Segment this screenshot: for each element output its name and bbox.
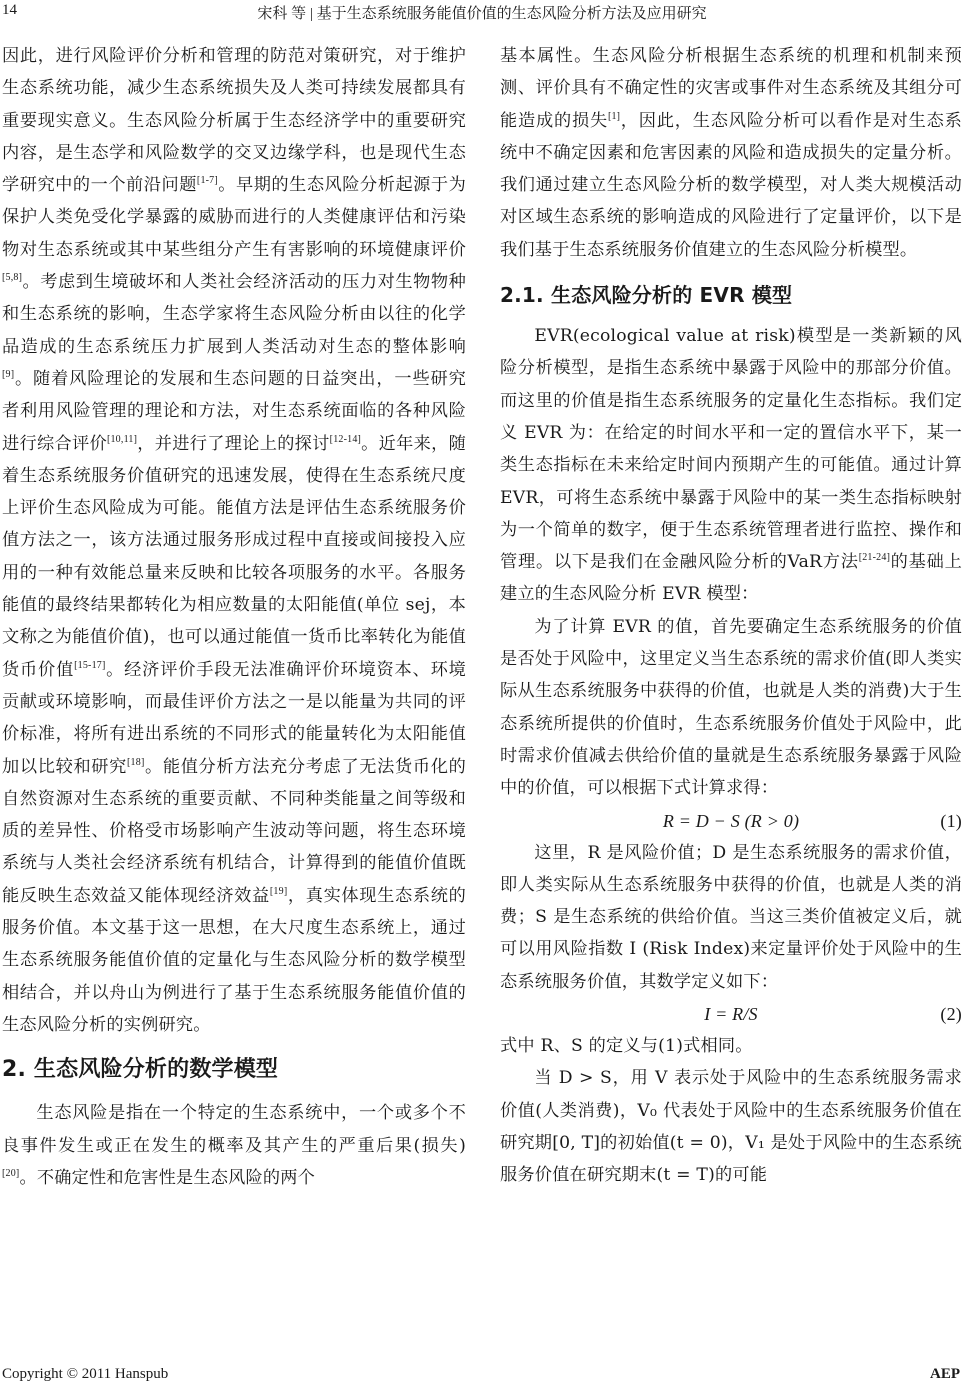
section-2-paragraph: 生态风险是指在一个特定的生态系统中，一个或多个不良事件发生或正在发生的概率及其产… <box>2 1097 466 1194</box>
citation: [9] <box>2 369 14 380</box>
citation: [19] <box>270 886 287 897</box>
text: ，真实体现生态系统的服务价值。本文基于这一思想，在大尺度生态系统上，通过生态系统… <box>2 886 466 1035</box>
page-footer: Copyright © 2011 Hanspub AEP <box>0 1366 964 1386</box>
evr-definition-paragraph: EVR(ecological value at risk)模型是一类新颖的风险分… <box>500 320 962 611</box>
text: ，并进行了理论上的探讨 <box>137 434 330 454</box>
citation: [15-17] <box>74 660 105 671</box>
text: 。近年来，随着生态系统服务价值研究的迅速发展，使得在生态系统尺度上评价生态风险成… <box>2 434 466 680</box>
intro-paragraph: 因此，进行风险评价分析和管理的防范对策研究，对于维护生态系统功能，减少生态系统损… <box>2 40 466 1041</box>
text: EVR(ecological value at risk)模型是一类新颖的风险分… <box>500 326 962 572</box>
text: 。能值分析方法充分考虑了无法货币化的自然资源对生态系统的重要贡献、不同种类能量之… <box>2 757 466 906</box>
citation: [21-24] <box>859 552 890 563</box>
text: ，因此，生态风险分析可以看作是对生态系统中不确定因素和危害因素的风险和造成损失的… <box>500 111 962 260</box>
citation: [1-7] <box>197 175 218 186</box>
continued-paragraph: 基本属性。生态风险分析根据生态系统的机理和机制来预测、评价具有不确定性的灾害或事… <box>500 40 962 266</box>
citation: [1] <box>608 111 620 122</box>
text: 因此，进行风险评价分析和管理的防范对策研究，对于维护生态系统功能，减少生态系统损… <box>2 46 466 195</box>
copyright: Copyright © 2011 Hanspub <box>2 1366 168 1383</box>
equation-2: I = R/S (2) <box>500 998 962 1030</box>
equation-number: (1) <box>940 805 962 837</box>
left-column: 因此，进行风险评价分析和管理的防范对策研究，对于维护生态系统功能，减少生态系统损… <box>2 40 466 1194</box>
citation: [20] <box>2 1168 19 1179</box>
citation: [12-14] <box>330 434 361 445</box>
text: 生态风险是指在一个特定的生态系统中，一个或多个不良事件发生或正在发生的概率及其产… <box>2 1103 466 1155</box>
citation: [18] <box>127 757 144 768</box>
equation-body: I = R/S <box>500 998 962 1030</box>
equation-body: R = D − S (R > 0) <box>500 805 962 837</box>
equation-number: (2) <box>940 998 962 1030</box>
page-header: 14 宋科 等 | 基于生态系统服务能值价值的生态风险分析方法及应用研究 <box>0 0 964 24</box>
text: 。不确定性和危害性是生态风险的两个 <box>19 1168 315 1188</box>
text: 。考虑到生境破坏和人类社会经济活动的压力对生物物种和生态系统的影响，生态学家将生… <box>2 272 466 357</box>
section-heading-2: 2. 生态风险分析的数学模型 <box>2 1055 466 1085</box>
citation: [10,11] <box>107 434 137 445</box>
equation-note: 式中 R、S 的定义与(1)式相同。 <box>500 1030 962 1062</box>
right-column: 基本属性。生态风险分析根据生态系统的机理和机制来预测、评价具有不确定性的灾害或事… <box>500 40 962 1192</box>
running-title: 宋科 等 | 基于生态系统服务能值价值的生态风险分析方法及应用研究 <box>0 2 964 23</box>
evr-calc-paragraph: 为了计算 EVR 的值，首先要确定生态系统服务的价值是否处于风险中，这里定义当生… <box>500 611 962 805</box>
section-heading-2-1: 2.1. 生态风险分析的 EVR 模型 <box>500 280 962 310</box>
citation: [5,8] <box>2 272 22 283</box>
equation-1: R = D − S (R > 0) (1) <box>500 805 962 837</box>
journal-abbrev: AEP <box>930 1366 960 1383</box>
variables-paragraph: 这里，R 是风险价值；D 是生态系统服务的需求价值，即人类实际从生态系统服务中获… <box>500 837 962 998</box>
risk-value-paragraph: 当 D > S，用 V 表示处于风险中的生态系统服务需求价值(人类消费)，V₀ … <box>500 1062 962 1191</box>
